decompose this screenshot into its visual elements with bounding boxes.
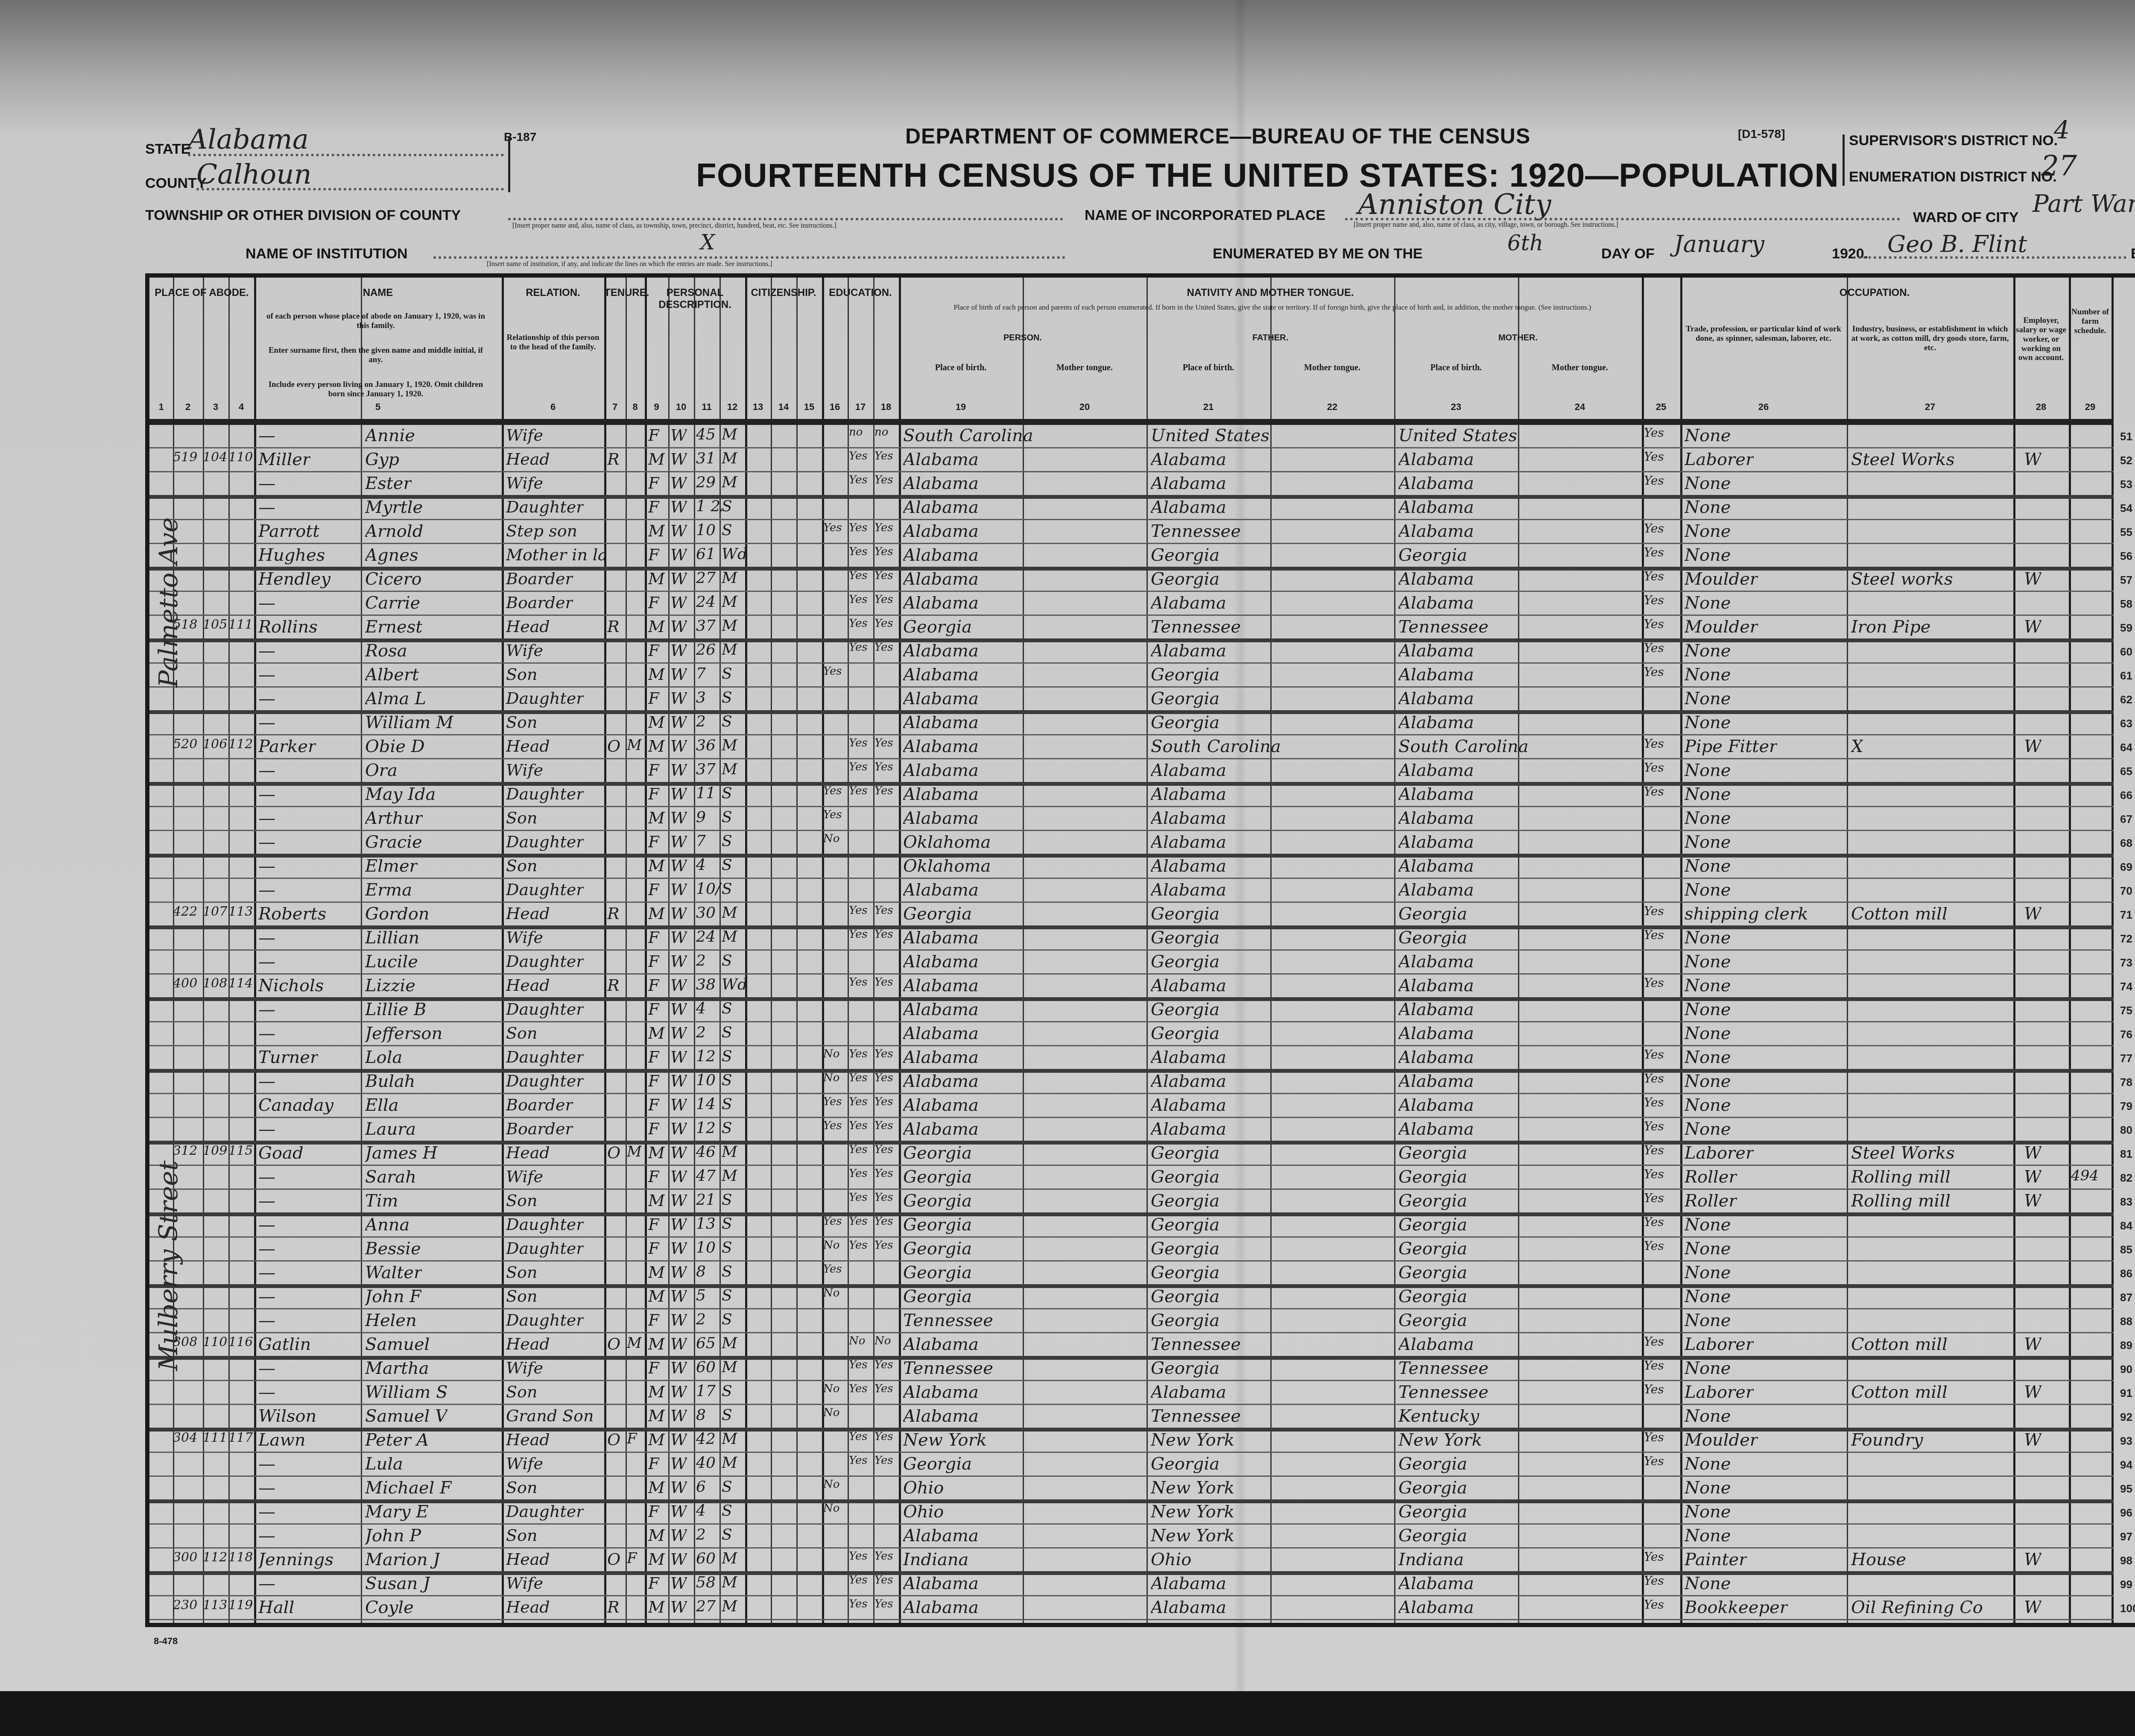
table-row[interactable]: —ArthurSonMW9SYesAlabamaAlabamaAlabamaNo… — [149, 808, 2114, 831]
cell-trade: None — [1685, 1478, 1731, 1498]
column-number: 2 — [173, 401, 203, 413]
cell-father-birth: Georgia — [1151, 545, 1220, 565]
cell-birth: Alabama — [903, 1095, 979, 1115]
cell-given: Lizzie — [365, 976, 415, 995]
table-row[interactable]: —Susan JWifeFW58MYesYesAlabamaAlabamaAla… — [149, 1573, 2114, 1597]
county-value: Calhoun — [196, 159, 312, 190]
cell-given: Bulah — [365, 1071, 415, 1091]
cell-father-birth: Georgia — [1151, 1311, 1220, 1330]
cell-mother-birth: Indiana — [1398, 1550, 1464, 1569]
cell-relation: Daughter — [506, 832, 584, 851]
cell-dwelling: 108 — [203, 976, 227, 991]
cell-tenure: R — [607, 904, 620, 923]
cell-read: Yes — [849, 1215, 868, 1228]
cell-write: Yes — [874, 617, 893, 630]
cell-mother-birth: Alabama — [1398, 856, 1474, 876]
cell-relation: Wife — [506, 474, 543, 492]
table-row[interactable]: —John PSonMW2SAlabamaNew YorkGeorgiaNone — [149, 1525, 2114, 1549]
cell-age: 12 — [696, 1048, 716, 1065]
cell-tenure: O — [607, 1430, 620, 1449]
cell-trade: None — [1685, 952, 1731, 972]
cell-given: Gyp — [365, 450, 399, 469]
cell-father-birth: New York — [1151, 1526, 1234, 1546]
cell-race: W — [670, 569, 687, 588]
table-row[interactable]: 518105111RollinsErnestHeadRMW37MYesYesGe… — [149, 616, 2114, 640]
column-group-relation: Relation. — [502, 287, 604, 299]
cell-sex: M — [648, 1335, 665, 1353]
cell-birth: Alabama — [903, 521, 979, 541]
cell-given: Rosa — [365, 641, 407, 661]
table-row[interactable]: CanadayEllaBoarderFW14SYesYesYesAlabamaA… — [149, 1095, 2114, 1118]
table-row[interactable]: 308110116GatlinSamuelHeadOMMW65MNoNoAlab… — [149, 1334, 2114, 1358]
table-row[interactable]: —Michael FSonMW6SNoOhioNew YorkGeorgiaNo… — [149, 1477, 2114, 1501]
incorporated-place-label: Name of incorporated place — [1085, 207, 1325, 224]
cell-english: Yes — [1644, 569, 1664, 583]
table-row[interactable]: —RosaWifeFW26MYesYesAlabamaAlabamaAlabam… — [149, 640, 2114, 664]
cell-father-birth: Alabama — [1151, 1574, 1226, 1593]
cell-birth: Alabama — [903, 689, 979, 708]
cell-race: W — [670, 450, 687, 468]
year: 1920. — [1832, 246, 1868, 262]
cell-trade: None — [1685, 1215, 1731, 1235]
table-row[interactable]: —BessieDaughterFW10SNoYesYesGeorgiaGeorg… — [149, 1238, 2114, 1262]
cell-mother-birth: South Carolina — [1398, 737, 1529, 756]
cell-sex: F — [648, 1167, 659, 1186]
cell-age: 4 — [696, 1000, 706, 1017]
table-row[interactable]: ParrottArnoldStep sonMW10SYesYesYesAlaba… — [149, 521, 2114, 545]
table-row[interactable]: 422107113RobertsGordonHeadRMW30MYesYesGe… — [149, 903, 2114, 927]
cell-mother-birth: Alabama — [1398, 569, 1474, 589]
cell-race: W — [670, 808, 687, 827]
cell-trade: None — [1685, 1239, 1731, 1259]
cell-father-birth: Georgia — [1151, 1143, 1220, 1163]
father-mother-tongue-header: Mother tongue. — [1270, 363, 1394, 373]
column-number: 14 — [771, 401, 796, 413]
cell-school: No — [823, 1287, 839, 1300]
cell-marital: S — [722, 1526, 732, 1543]
cell-birth: Alabama — [903, 1526, 979, 1546]
cell-sex: F — [648, 1358, 659, 1377]
cell-trade: None — [1685, 641, 1731, 661]
line-number: 77 — [2120, 1052, 2132, 1065]
column-group-education: Education. — [822, 287, 899, 299]
cell-mother-birth: Alabama — [1398, 593, 1474, 613]
cell-given: Alma L — [365, 689, 426, 708]
table-row[interactable]: WilsonSamuel VGrand SonMW8SNoAlabamaTenn… — [149, 1405, 2114, 1429]
cell-write: Yes — [874, 521, 893, 534]
cell-race: W — [670, 1071, 687, 1090]
cell-sex: F — [648, 689, 659, 708]
cell-class: W — [2024, 1598, 2041, 1617]
mother-place-of-birth-header: Place of birth. — [1394, 363, 1518, 373]
cell-school: Yes — [823, 1095, 842, 1108]
table-row[interactable]: 520106112ParkerObie DHeadOMMW36MYesYesAl… — [149, 736, 2114, 760]
cell-relation: Daughter — [506, 952, 584, 971]
cell-mother-birth: Georgia — [1398, 1526, 1467, 1546]
cell-mother-birth: Georgia — [1398, 1478, 1467, 1498]
cell-father-birth: Georgia — [1151, 1454, 1220, 1474]
cell-family: 112 — [228, 737, 253, 752]
cell-father-birth: Alabama — [1151, 641, 1226, 661]
cell-sex: M — [648, 1287, 665, 1306]
cell-sex: F — [648, 1071, 659, 1090]
table-row[interactable]: —Mary EDaughterFW4SNoOhioNew YorkGeorgia… — [149, 1501, 2114, 1525]
cell-age: 1 2/12 — [696, 498, 722, 515]
column-group-tenure: Tenure. — [604, 287, 645, 299]
cell-english: Yes — [1644, 761, 1664, 775]
cell-read: Yes — [849, 761, 868, 773]
table-row[interactable]: —AnnieWifeFW45MnonoSouth CarolinaUnited … — [149, 425, 2114, 449]
cell-relation: Son — [506, 856, 537, 875]
cell-relation: Wife — [506, 1167, 543, 1186]
line-number: 80 — [2120, 1124, 2132, 1137]
cell-race: W — [670, 426, 687, 445]
table-row[interactable]: —LulaWifeFW40MYesYesGeorgiaGeorgiaGeorgi… — [149, 1453, 2114, 1477]
cell-write: Yes — [874, 545, 893, 558]
farm-note: Number of farm schedule. — [2071, 307, 2109, 336]
cell-family: 117 — [228, 1430, 253, 1445]
cell-dwelling: 111 — [203, 1430, 227, 1445]
cell-english: Yes — [1644, 450, 1664, 464]
cell-father-birth: Georgia — [1151, 1167, 1220, 1187]
cell-trade: None — [1685, 976, 1731, 995]
table-row[interactable]: —May IdaDaughterFW11SYesYesYesAlabamaAla… — [149, 784, 2114, 808]
cell-write: Yes — [874, 1095, 893, 1108]
line-number: 72 — [2120, 932, 2132, 946]
cell-relation: Head — [506, 450, 550, 468]
cell-trade: None — [1685, 474, 1731, 493]
ward-label: Ward of city — [1913, 209, 2018, 226]
cell-sex: M — [648, 1024, 665, 1042]
column-number: 5 — [254, 401, 502, 413]
cell-sex: M — [648, 713, 665, 732]
cell-surname: Jennings — [258, 1550, 333, 1569]
cell-dwelling: 113 — [203, 1598, 227, 1613]
cell-mother-birth: Alabama — [1398, 952, 1474, 972]
table-row[interactable]: —ErmaDaughterFW10/12SAlabamaAlabamaAlaba… — [149, 879, 2114, 903]
cell-given: Ora — [365, 761, 398, 780]
cell-dwelling: 105 — [203, 617, 227, 632]
cell-father-birth: Tennessee — [1151, 1406, 1241, 1426]
column-number: 10 — [668, 401, 694, 413]
institution-note: [Insert name of institution, if any, and… — [487, 261, 772, 268]
cell-birth: Alabama — [903, 737, 979, 756]
cell-relation: Daughter — [506, 1000, 584, 1019]
cell-relation: Son — [506, 1287, 537, 1306]
cell-relation: Boarder — [506, 569, 573, 588]
cell-father-birth: Alabama — [1151, 1119, 1226, 1139]
line-number: 79 — [2120, 1100, 2132, 1113]
table-row[interactable]: —LauraBoarderFW12SYesYesYesAlabamaAlabam… — [149, 1118, 2114, 1142]
cell-dwelling: 110 — [203, 1335, 227, 1350]
cell-read: Yes — [849, 569, 868, 582]
cell-write: Yes — [874, 1358, 893, 1371]
table-row[interactable]: 400108114NicholsLizzieHeadRFW38WdYesYesA… — [149, 975, 2114, 999]
cell-father-birth: Alabama — [1151, 450, 1226, 469]
cell-school: Yes — [823, 521, 842, 534]
column-number: 25 — [1642, 401, 1680, 413]
column-number: 6 — [502, 401, 604, 413]
enumerator-name: Geo B. Flint — [1887, 231, 2027, 258]
cell-english: Yes — [1644, 474, 1664, 488]
cell-birth: New York — [903, 1430, 987, 1450]
cell-sex: F — [648, 1239, 659, 1258]
cell-marital: S — [722, 1191, 732, 1209]
table-row[interactable]: —JeffersonSonMW2SAlabamaGeorgiaAlabamaNo… — [149, 1023, 2114, 1047]
table-row[interactable]: 230113119HallCoyleHeadRMW27MYesYesAlabam… — [149, 1597, 2114, 1621]
table-row[interactable]: HughesAgnesMother in lawFW61WdYesYesAlab… — [149, 545, 2114, 568]
cell-age: 12 — [696, 1119, 716, 1137]
cell-school: Yes — [823, 785, 842, 797]
cell-marital: M — [722, 1167, 737, 1185]
cell-trade: None — [1685, 1311, 1731, 1330]
line-number: 88 — [2120, 1315, 2132, 1328]
cell-race: W — [670, 904, 687, 923]
cell-sex: M — [648, 856, 665, 875]
cell-trade: Moulder — [1685, 1430, 1758, 1450]
cell-given: Ella — [365, 1095, 399, 1115]
cell-relation: Daughter — [506, 785, 584, 803]
cell-age: 27 — [696, 1598, 716, 1615]
cell-birth: Indiana — [903, 1550, 968, 1569]
cell-relation: Wife — [506, 641, 543, 660]
line-number: 69 — [2120, 861, 2132, 874]
cell-relation: Daughter — [506, 498, 584, 516]
line-number: 85 — [2120, 1243, 2132, 1256]
form-code-right: [D1-578] — [1738, 127, 1785, 141]
table-row[interactable]: —AnnaDaughterFW13SYesYesYesGeorgiaGeorgi… — [149, 1214, 2114, 1238]
cell-english: Yes — [1644, 1454, 1664, 1468]
cell-race: W — [670, 545, 687, 564]
cell-mother-birth: Georgia — [1398, 928, 1467, 948]
cell-marital: S — [722, 856, 732, 874]
cell-school: Yes — [823, 1119, 842, 1132]
cell-trade: None — [1685, 1287, 1731, 1306]
cell-marital: S — [722, 1119, 732, 1137]
table-row[interactable]: —OraWifeFW37MYesYesAlabamaAlabamaAlabama… — [149, 760, 2114, 784]
table-row[interactable]: —BulahDaughterFW10SNoYesYesAlabamaAlabam… — [149, 1071, 2114, 1095]
bottom-form-code: 8-478 — [154, 1636, 178, 1647]
cell-write: Yes — [874, 904, 893, 917]
table-row[interactable]: —William SSonMW17SNoYesYesAlabamaAlabama… — [149, 1382, 2114, 1405]
cell-sex: F — [648, 785, 659, 803]
cell-sex: F — [648, 832, 659, 851]
table-row[interactable]: —Lillie BDaughterFW4SAlabamaGeorgiaAlaba… — [149, 999, 2114, 1023]
cell-age: 40 — [696, 1454, 716, 1472]
cell-mother-birth: Georgia — [1398, 1287, 1467, 1306]
cell-race: W — [670, 1287, 687, 1306]
cell-marital: S — [722, 1263, 732, 1280]
cell-write: Yes — [874, 1574, 893, 1587]
cell-surname: — — [258, 1239, 275, 1259]
cell-industry: Steel works — [1851, 569, 1953, 589]
cell-english: Yes — [1644, 1119, 1664, 1133]
cell-surname: — — [258, 1502, 275, 1522]
cell-industry: X — [1851, 737, 1863, 756]
cell-surname: Nichols — [258, 976, 324, 995]
cell-birth: Alabama — [903, 1071, 979, 1091]
table-row[interactable]: —MarthaWifeFW60MYesYesTennesseeGeorgiaTe… — [149, 1358, 2114, 1382]
cell-mother-birth: Alabama — [1398, 1598, 1474, 1617]
cell-age: 11 — [696, 785, 716, 802]
table-row[interactable]: —HelenDaughterFW2STennesseeGeorgiaGeorgi… — [149, 1310, 2114, 1334]
cell-trade: Pipe Fitter — [1685, 737, 1777, 756]
table-row[interactable]: TurnerLolaDaughterFW12SNoYesYesAlabamaAl… — [149, 1047, 2114, 1071]
table-row[interactable]: —EsterWifeFW29MYesYesAlabamaAlabamaAlaba… — [149, 473, 2114, 497]
cell-school: Yes — [823, 1263, 842, 1276]
table-row[interactable]: HendleyCiceroBoarderMW27MYesYesAlabamaGe… — [149, 568, 2114, 592]
cell-read: Yes — [849, 928, 868, 941]
table-row[interactable]: —LillianWifeFW24MYesYesAlabamaGeorgiaGeo… — [149, 927, 2114, 951]
cell-age: 31 — [696, 450, 716, 467]
ward-value: Part Ward 3 — [2033, 190, 2135, 218]
cell-write: Yes — [874, 593, 893, 606]
cell-race: W — [670, 689, 687, 708]
column-group-place-of-abode: Place of abode. — [149, 287, 254, 299]
cell-surname: — — [258, 1311, 275, 1330]
name-note-1: of each person whose place of abode on J… — [265, 312, 487, 331]
cell-age: 58 — [696, 1574, 716, 1591]
cell-race: W — [670, 928, 687, 947]
cell-given: James H — [365, 1143, 438, 1163]
cell-mother-birth: Georgia — [1398, 1191, 1467, 1211]
table-row[interactable]: 519104110MillerGypHeadRMW31MYesYesAlabam… — [149, 449, 2114, 473]
cell-trade: None — [1685, 1454, 1731, 1474]
cell-age: 4 — [696, 1502, 706, 1519]
cell-write: Yes — [874, 1167, 893, 1180]
cell-sex: F — [648, 1311, 659, 1329]
cell-marital: M — [722, 426, 737, 443]
table-row[interactable]: —GracieDaughterFW7SNoOklahomaAlabamaAlab… — [149, 831, 2114, 855]
cell-house: 400 — [173, 976, 197, 991]
cell-read: Yes — [849, 1071, 868, 1084]
cell-trade: None — [1685, 1095, 1731, 1115]
column-number: 23 — [1394, 401, 1518, 413]
day-of-label: day of — [1601, 246, 1655, 262]
cell-english: Yes — [1644, 737, 1664, 751]
cell-write: Yes — [874, 1048, 893, 1060]
cell-school: No — [823, 832, 839, 845]
cell-father-birth: Alabama — [1151, 474, 1226, 493]
cell-age: 47 — [696, 1167, 716, 1185]
table-row[interactable]: —ElmerSonMW4SOklahomaAlabamaAlabamaNone — [149, 855, 2114, 879]
column-number: 1 — [149, 401, 173, 413]
cell-birth: Alabama — [903, 1000, 979, 1019]
cell-surname: — — [258, 1454, 275, 1474]
cell-sex: F — [648, 928, 659, 947]
cell-sex: F — [648, 1574, 659, 1593]
state-line — [188, 154, 504, 156]
cell-marital: S — [722, 785, 732, 802]
cell-school: No — [823, 1406, 839, 1419]
table-row[interactable]: —TimSonMW21SYesYesGeorgiaGeorgiaGeorgiaY… — [149, 1190, 2114, 1214]
table-row[interactable]: —AlbertSonMW7SYesAlabamaGeorgiaAlabamaYe… — [149, 664, 2114, 688]
cell-mother-birth: Alabama — [1398, 498, 1474, 517]
cell-birth: Alabama — [903, 976, 979, 995]
cell-surname: — — [258, 952, 275, 972]
cell-marital: S — [722, 1382, 732, 1400]
cell-sex: F — [648, 952, 659, 971]
table-row[interactable]: —Alma LDaughterFW3SAlabamaGeorgiaAlabama… — [149, 688, 2114, 712]
cell-birth: Alabama — [903, 569, 979, 589]
cell-family: 119 — [228, 1598, 253, 1613]
cell-birth: Alabama — [903, 808, 979, 828]
table-row[interactable]: —SarahWifeFW47MYesYesGeorgiaGeorgiaGeorg… — [149, 1166, 2114, 1190]
cell-write: Yes — [874, 1143, 893, 1156]
cell-surname: Hughes — [258, 545, 325, 565]
cell-house: 520 — [173, 737, 197, 752]
cell-sex: M — [648, 1382, 665, 1401]
cell-english: Yes — [1644, 1071, 1664, 1086]
father-place-of-birth-header: Place of birth. — [1146, 363, 1270, 373]
nativity-note: Place of birth of each person and parent… — [914, 303, 1631, 312]
cell-race: W — [670, 1574, 687, 1593]
cell-surname: Goad — [258, 1143, 304, 1163]
table-row[interactable]: —LucileDaughterFW2SAlabamaGeorgiaAlabama… — [149, 951, 2114, 975]
cell-english: Yes — [1644, 1382, 1664, 1396]
table-row[interactable]: —WalterSonMW8SYesGeorgiaGeorgiaGeorgiaNo… — [149, 1262, 2114, 1286]
table-row[interactable]: —CarrieBoarderFW24MYesYesAlabamaAlabamaA… — [149, 592, 2114, 616]
cell-given: Erma — [365, 880, 412, 900]
cell-birth: Georgia — [903, 617, 972, 637]
cell-birth: Alabama — [903, 713, 979, 732]
cell-age: 2 — [696, 1311, 706, 1328]
cell-trade: shipping clerk — [1685, 904, 1808, 924]
cell-race: W — [670, 1167, 687, 1186]
column-group-nativity: Nativity and mother tongue. — [899, 287, 1642, 299]
cell-sex: M — [648, 1526, 665, 1545]
table-row[interactable]: 304111117LawnPeter AHeadOFMW42MYesYesNew… — [149, 1429, 2114, 1453]
table-row[interactable]: —William MSonMW2SAlabamaGeorgiaAlabamaNo… — [149, 712, 2114, 736]
column-number: 7 — [604, 401, 626, 413]
cell-trade: None — [1685, 426, 1731, 445]
cell-father-birth: United States — [1151, 426, 1269, 445]
cell-sex: F — [648, 593, 659, 612]
table-row[interactable]: —MyrtleDaughterFW1 2/12SAlabamaAlabamaAl… — [149, 497, 2114, 521]
street-annotation-palmetto: Palmetto Ave — [154, 517, 184, 688]
cell-given: Lucile — [365, 952, 418, 972]
cell-given: Anna — [365, 1215, 409, 1235]
cell-age: 46 — [696, 1143, 716, 1161]
cell-given: Walter — [365, 1263, 422, 1282]
cell-birth: Alabama — [903, 641, 979, 661]
cell-trade: Painter — [1685, 1550, 1747, 1569]
line-number: 52 — [2120, 454, 2132, 467]
cell-industry: Cotton mill — [1851, 1335, 1948, 1354]
cell-given: Cicero — [365, 569, 422, 589]
enumerator-line — [1853, 256, 2126, 259]
cell-read: Yes — [849, 1574, 868, 1587]
cell-father-birth: Alabama — [1151, 1095, 1226, 1115]
cell-given: Jefferson — [365, 1024, 442, 1043]
table-row[interactable]: 300112118JenningsMarion JHeadOFMW60MYesY… — [149, 1549, 2114, 1573]
cell-marital: S — [722, 1311, 732, 1328]
cell-birth: Alabama — [903, 1406, 979, 1426]
cell-sex: F — [648, 1454, 659, 1473]
table-row[interactable]: 312109115GoadJames HHeadOMMW46MYesYesGeo… — [149, 1142, 2114, 1166]
cell-class: W — [2024, 904, 2041, 924]
line-number: 91 — [2120, 1387, 2132, 1400]
cell-write: Yes — [874, 1239, 893, 1252]
cell-race: W — [670, 1478, 687, 1497]
cell-age: 9 — [696, 808, 706, 826]
enumeration-district-label: Enumeration District No. — [1849, 169, 2057, 185]
line-number: 86 — [2120, 1267, 2132, 1280]
cell-sex: M — [648, 1263, 665, 1282]
table-row[interactable]: —John FSonMW5SNoGeorgiaGeorgiaGeorgiaNon… — [149, 1286, 2114, 1310]
cell-marital: S — [722, 1239, 732, 1256]
cell-age: 38 — [696, 976, 716, 993]
